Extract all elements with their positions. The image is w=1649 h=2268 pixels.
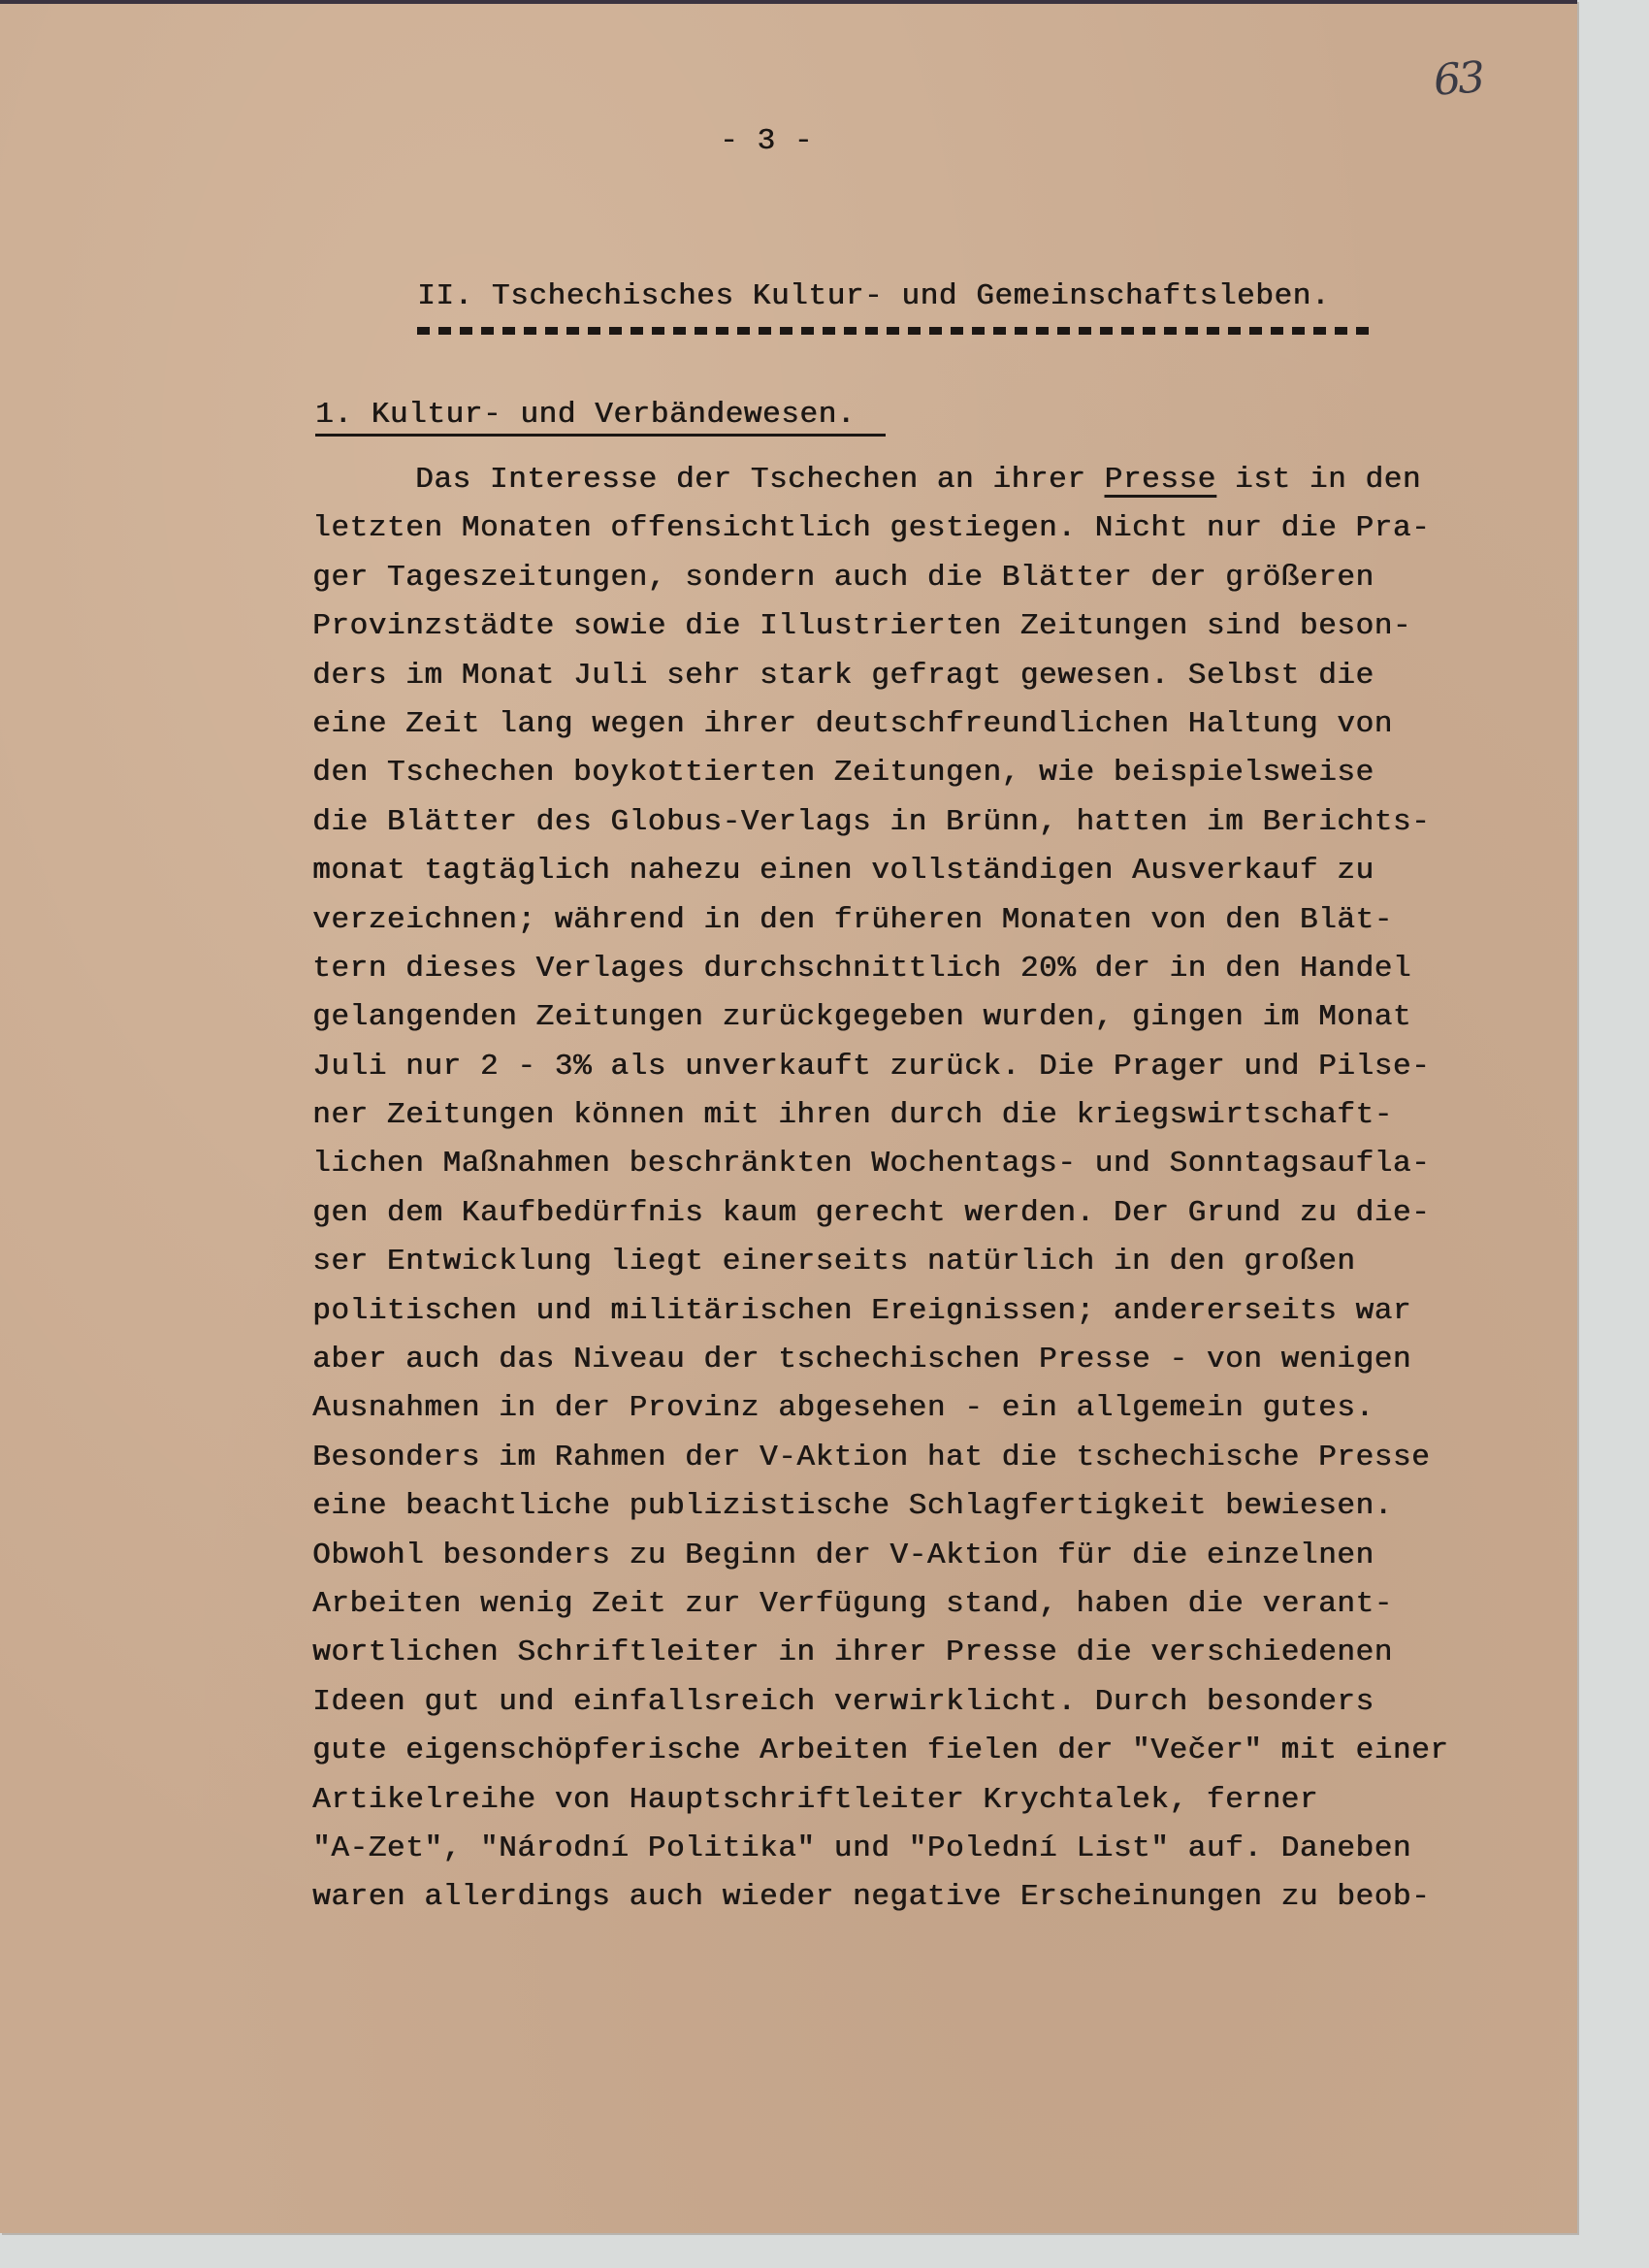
body-line: Provinzstädte sowie die Illustrierten Ze… — [312, 602, 1448, 651]
body-line: Juli nur 2 - 3% als unverkauft zurück. D… — [312, 1043, 1448, 1091]
body-line: letzten Monaten offensichtlich gestiegen… — [312, 504, 1448, 553]
body-line: Artikelreihe von Hauptschriftleiter Kryc… — [312, 1776, 1448, 1825]
body-line: tern dieses Verlages durchschnittlich 20… — [312, 945, 1448, 993]
body-line: gelangenden Zeitungen zurückgegeben wurd… — [312, 993, 1448, 1042]
body-line: eine Zeit lang wegen ihrer deutschfreund… — [312, 700, 1448, 749]
body-line: Ideen gut und einfallsreich verwirklicht… — [312, 1678, 1448, 1727]
document-page: 63 - 3 - II. Tschechisches Kultur- und G… — [0, 0, 1577, 2233]
body-line: die Blätter des Globus-Verlags in Brünn,… — [312, 798, 1448, 847]
body-line: Arbeiten wenig Zeit zur Verfügung stand,… — [312, 1580, 1448, 1629]
body-text: Das Interesse der Tschechen an ihrer Pre… — [312, 456, 1448, 1923]
body-line: Das Interesse der Tschechen an ihrer Pre… — [312, 456, 1448, 504]
body-line: "A-Zet", "Národní Politika" und "Polední… — [312, 1825, 1448, 1873]
body-line: waren allerdings auch wieder negative Er… — [312, 1873, 1448, 1922]
show-through-text — [242, 1964, 1150, 1997]
underlined-word-presse: Presse — [1105, 463, 1216, 497]
body-line: wortlichen Schriftleiter in ihrer Presse… — [312, 1629, 1448, 1677]
body-line: eine beachtliche publizistische Schlagfe… — [312, 1482, 1448, 1531]
body-line: ger Tageszeitungen, sondern auch die Blä… — [312, 554, 1448, 602]
body-line: ser Entwicklung liegt einerseits natürli… — [312, 1238, 1448, 1286]
section-double-underline — [417, 327, 1374, 335]
subsection-title: 1. Kultur- und Verbändewesen. — [315, 398, 856, 432]
body-line: monat tagtäglich nahezu einen vollständi… — [312, 847, 1448, 895]
section-title: II. Tschechisches Kultur- und Gemeinscha… — [417, 279, 1330, 313]
body-line: lichen Maßnahmen beschränkten Wochentags… — [312, 1140, 1448, 1188]
scan-top-edge — [0, 0, 1577, 4]
body-line: gute eigenschöpferische Arbeiten fielen … — [312, 1727, 1448, 1775]
body-line: den Tschechen boykottierten Zeitungen, w… — [312, 749, 1448, 797]
body-line: Obwohl besonders zu Beginn der V-Aktion … — [312, 1532, 1448, 1580]
body-line: aber auch das Niveau der tschechischen P… — [312, 1336, 1448, 1384]
body-text-fragment: ist in den — [1216, 463, 1421, 497]
body-line: verzeichnen; während in den früheren Mon… — [312, 896, 1448, 945]
page-number: - 3 - — [720, 124, 813, 158]
body-line: ders im Monat Juli sehr stark gefragt ge… — [312, 652, 1448, 700]
handwritten-folio-number: 63 — [1432, 52, 1483, 105]
body-line: Ausnahmen in der Provinz abgesehen - ein… — [312, 1384, 1448, 1433]
body-line: politischen und militärischen Ereignisse… — [312, 1287, 1448, 1336]
body-line: Besonders im Rahmen der V-Aktion hat die… — [312, 1434, 1448, 1482]
body-line: ner Zeitungen können mit ihren durch die… — [312, 1091, 1448, 1140]
body-line: gen dem Kaufbedürfnis kaum gerecht werde… — [312, 1189, 1448, 1238]
subsection-underline — [315, 434, 886, 437]
body-text-fragment: Das Interesse der Tschechen an ihrer — [415, 463, 1105, 497]
